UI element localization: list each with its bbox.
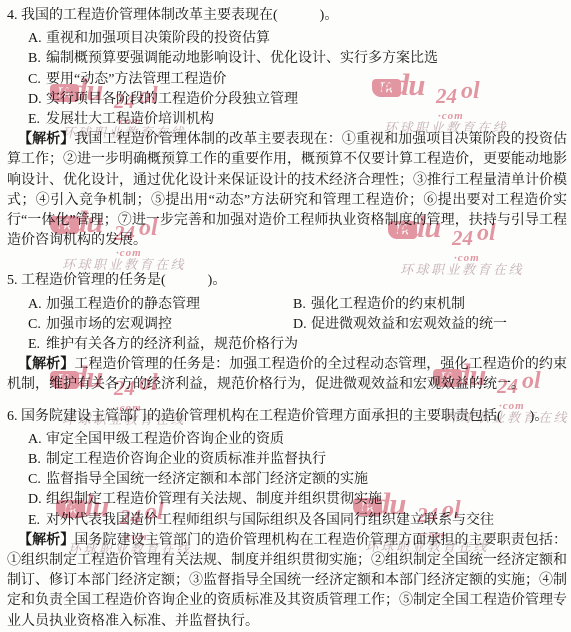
option: B.强化工程造价的约束机制 — [293, 295, 465, 315]
option-text: 要用“动态”方法管理工程造价 — [46, 72, 226, 87]
option-label: C. — [28, 70, 46, 90]
question-number: 5. — [7, 271, 21, 291]
question-stem: 国务院建设主管部门的造价管理机构在工程造价管理方面承担的主要职责包括( )。 — [21, 409, 548, 424]
option-label: A. — [28, 295, 46, 315]
option-label: E. — [28, 511, 46, 531]
analysis-label: 【解析】 — [18, 357, 74, 372]
analysis-text: 我国工程造价管理体制的改革主要表现在：①重视和加强项目决策阶段的投资估算工作；②… — [7, 132, 567, 248]
option: C.加强市场的宏观调控 — [28, 315, 293, 335]
option-row: A.重视和加强项目决策阶段的投资估算 — [28, 29, 567, 49]
option-text: 重视和加强项目决策阶段的投资估算 — [46, 31, 270, 46]
option-label: D. — [28, 490, 46, 510]
option-text: 发展壮大工程造价培训机构 — [46, 112, 214, 127]
option-label: D. — [28, 90, 46, 110]
option-row: D.实行项目各阶段的工程造价分段独立管理 — [28, 90, 567, 110]
option-text: 加强工程造价的静态管理 — [46, 297, 200, 312]
option-row: C.监督指导全国统一经济定额和本部门经济定额的实施 — [28, 470, 567, 490]
scanned-exam-page: { "watermark": { "badge": "职", "brand_ed… — [0, 0, 571, 632]
option: D.促进微观效益和宏观效益的统一 — [293, 315, 507, 335]
option-row: C.加强市场的宏观调控 D.促进微观效益和宏观效益的统一 — [28, 315, 567, 335]
option-label: B. — [28, 450, 46, 470]
option-label: B. — [28, 49, 46, 69]
analysis-paragraph: 【解析】工程造价管理的任务是：加强工程造价的全过程动态管理，强化工程造价的约束机… — [7, 355, 567, 395]
option-row: C.要用“动态”方法管理工程造价 — [28, 70, 567, 90]
question-6-stem-line: 6.国务院建设主管部门的造价管理机构在工程造价管理方面承担的主要职责包括( )。 — [7, 407, 567, 427]
option-label: D. — [293, 315, 311, 335]
option-row: E.对外代表我国造价工程师组织与国际组织及各国同行组织建立联系与交往 — [28, 511, 567, 531]
option-text: 审定全国甲级工程造价咨询企业的资质 — [46, 432, 284, 447]
analysis-paragraph: 【解析】国务院建设主管部门的造价管理机构在工程造价管理方面承担的主要职责包括：①… — [7, 531, 567, 632]
option-text: 制定工程造价咨询企业的资质标准并监督执行 — [46, 452, 326, 467]
option-text: 促进微观效益和宏观效益的统一 — [311, 317, 507, 332]
analysis-label: 【解析】 — [18, 132, 74, 147]
question-number: 6. — [7, 407, 21, 427]
option-text: 实行项目各阶段的工程造价分段独立管理 — [46, 92, 298, 107]
question-block-6: 6.国务院建设主管部门的造价管理机构在工程造价管理方面承担的主要职责包括( )。… — [7, 407, 567, 632]
option-text: 监督指导全国统一经济定额和本部门经济定额的实施 — [46, 472, 368, 487]
question-5-options: A.加强工程造价的静态管理 B.强化工程造价的约束机制 C.加强市场的宏观调控 … — [7, 295, 567, 356]
option-text: 对外代表我国造价工程师组织与国际组织及各国同行组织建立联系与交往 — [46, 513, 494, 528]
option-text: 维护有关各方的经济利益，规范价格行为 — [46, 337, 298, 352]
question-5-stem-line: 5.工程造价管理的任务是( )。 — [7, 271, 567, 291]
option-text: 组织制定工程造价管理有关法规、制度并组织贯彻实施 — [46, 492, 382, 507]
option-row: B.制定工程造价咨询企业的资质标准并监督执行 — [28, 450, 567, 470]
option-label: C. — [28, 470, 46, 490]
analysis-paragraph: 【解析】我国工程造价管理体制的改革主要表现在：①重视和加强项目决策阶段的投资估算… — [7, 130, 567, 251]
option-label: A. — [28, 430, 46, 450]
analysis-label: 【解析】 — [18, 533, 74, 548]
analysis-text: 国务院建设主管部门的造价管理机构在工程造价管理方面承担的主要职责包括：①组织制定… — [7, 533, 567, 629]
option-label: E. — [28, 110, 46, 130]
option-text: 强化工程造价的约束机制 — [311, 297, 465, 312]
analysis-text: 工程造价管理的任务是：加强工程造价的全过程动态管理，强化工程造价的约束机制，维护… — [7, 357, 567, 392]
option-row: A.审定全国甲级工程造价咨询企业的资质 — [28, 430, 567, 450]
question-4-stem-line: 4.我国的工程造价管理体制改革主要表现在( )。 — [7, 6, 567, 26]
question-number: 4. — [7, 6, 21, 26]
question-4-options: A.重视和加强项目决策阶段的投资估算 B.编制概预算要强调能动地影响设计、优化设… — [7, 29, 567, 130]
option-label: B. — [293, 295, 311, 315]
option-label: C. — [28, 315, 46, 335]
option: A.加强工程造价的静态管理 — [28, 295, 293, 315]
option-text: 加强市场的宏观调控 — [46, 317, 172, 332]
option-row: D.组织制定工程造价管理有关法规、制度并组织贯彻实施 — [28, 490, 567, 510]
option-label: E. — [28, 335, 46, 355]
option-text: 编制概预算要强调能动地影响设计、优化设计、实行多方案比选 — [46, 51, 438, 66]
option-row: E.维护有关各方的经济利益，规范价格行为 — [28, 335, 567, 355]
option-row: A.加强工程造价的静态管理 B.强化工程造价的约束机制 — [28, 295, 567, 315]
question-stem: 工程造价管理的任务是( )。 — [21, 273, 226, 288]
question-block-4: 4.我国的工程造价管理体制改革主要表现在( )。 A.重视和加强项目决策阶段的投… — [7, 6, 567, 251]
option-label: A. — [28, 29, 46, 49]
question-6-options: A.审定全国甲级工程造价咨询企业的资质 B.制定工程造价咨询企业的资质标准并监督… — [7, 430, 567, 531]
option-row: E.发展壮大工程造价培训机构 — [28, 110, 567, 130]
exam-content: 4.我国的工程造价管理体制改革主要表现在( )。 A.重视和加强项目决策阶段的投… — [0, 0, 571, 632]
question-block-5: 5.工程造价管理的任务是( )。 A.加强工程造价的静态管理 B.强化工程造价的… — [7, 271, 567, 395]
option-row: B.编制概预算要强调能动地影响设计、优化设计、实行多方案比选 — [28, 49, 567, 69]
question-stem: 我国的工程造价管理体制改革主要表现在( )。 — [21, 8, 338, 23]
